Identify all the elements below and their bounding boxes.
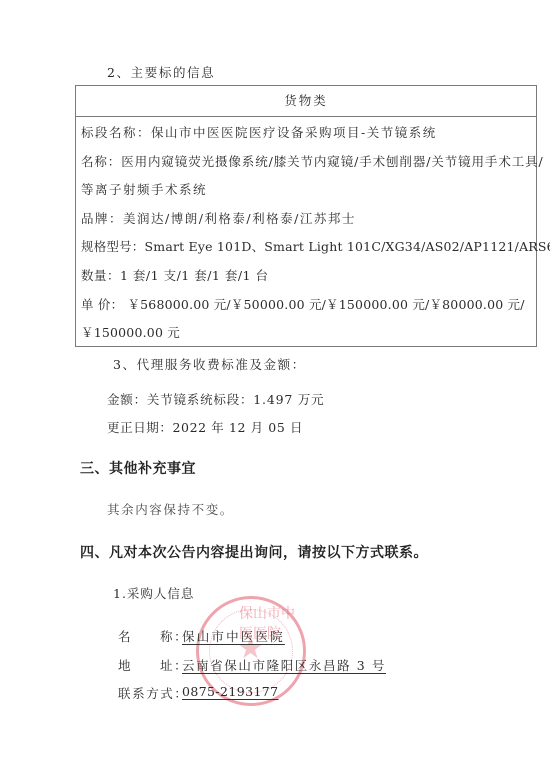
purchaser-info-title: 1.采购人信息 — [113, 584, 194, 602]
lot-name-row: 标段名称：保山市中医医院医疗设备采购项目-关节镜系统 — [81, 123, 437, 141]
section-2-title: 2、主要标的信息 — [107, 63, 215, 81]
name-row-1: 名称：医用内窥镜荧光摄像系统/膝关节内窥镜/手术刨削器/关节镜用手术工具/ — [81, 152, 544, 170]
name-row-2: 等离子射频手术系统 — [81, 180, 207, 198]
purchaser-contact-value: 0875-2193177 — [182, 684, 279, 699]
table-header: 货物类 — [76, 86, 536, 117]
purchaser-name-label: 名 称： — [118, 627, 188, 645]
price-row-1: 单 价： ￥568000.00 元/￥50000.00 元/￥150000.00… — [81, 295, 525, 313]
purchaser-name-value: 保山市中医医院 — [182, 627, 285, 645]
brand-row: 品牌：美润达/博朗/利格泰/利格泰/江苏邦士 — [81, 209, 356, 227]
part-3-text: 其余内容保持不变。 — [107, 500, 234, 518]
purchaser-address-label: 地 址： — [118, 656, 188, 674]
agency-fee-amount: 金额：关节镜系统标段：1.497 万元 — [107, 390, 324, 408]
section-3-title: 3、代理服务收费标准及金额： — [113, 355, 306, 373]
quantity-row: 数量：1 套/1 支/1 套/1 套/1 台 — [81, 266, 268, 284]
price-row-2: ￥150000.00 元 — [81, 323, 180, 341]
part-4-heading: 四、凡对本次公告内容提出询问，请按以下方式联系。 — [80, 542, 428, 562]
purchaser-address-value: 云南省保山市隆阳区永昌路 3 号 — [182, 656, 386, 674]
correction-date: 更正日期：2022 年 12 月 05 日 — [107, 418, 303, 436]
purchaser-contact-label: 联系方式： — [118, 684, 189, 702]
model-row: 规格型号：Smart Eye 101D、Smart Light 101C/XG3… — [81, 237, 550, 255]
main-subject-table: 货物类 标段名称：保山市中医医院医疗设备采购项目-关节镜系统 名称：医用内窥镜荧… — [75, 85, 537, 347]
part-3-heading: 三、其他补充事宜 — [80, 458, 196, 478]
